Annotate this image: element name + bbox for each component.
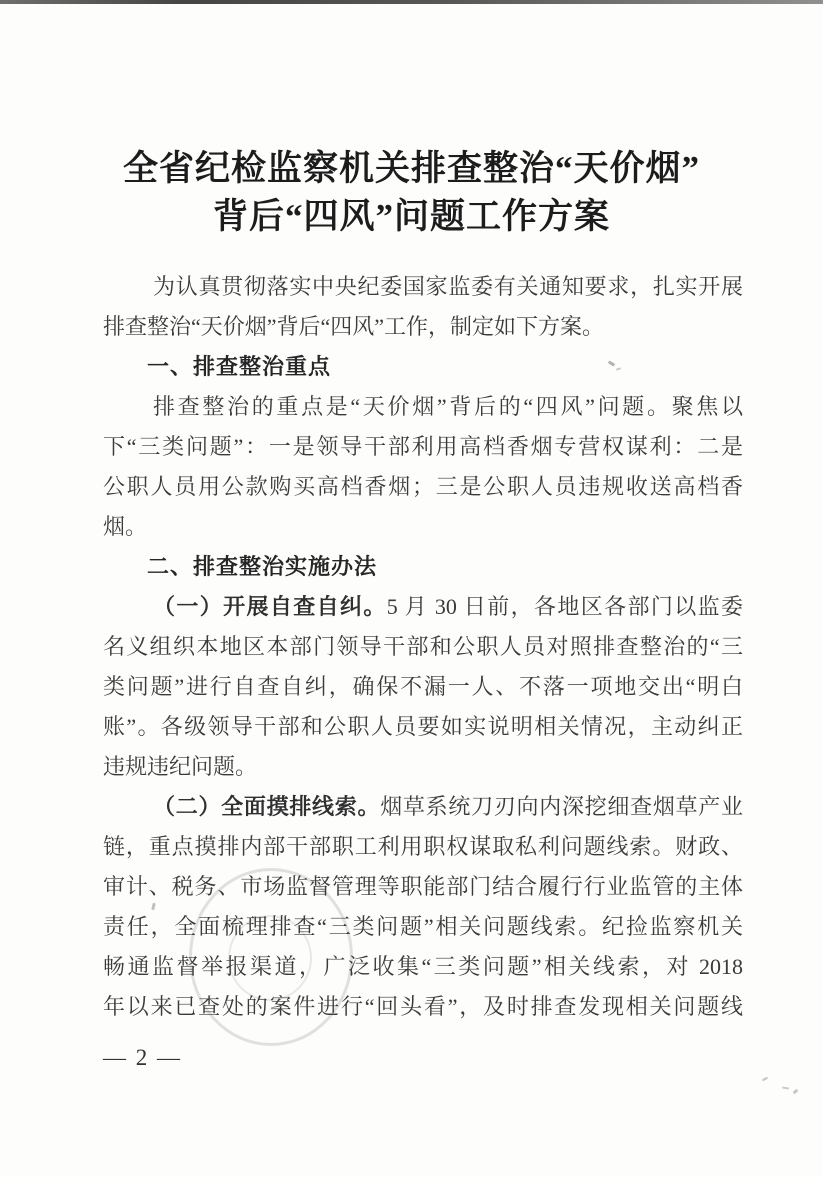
line-text: 畅通监督举报渠道，广泛收集“三类问题”相关线索，对 2018 (103, 954, 743, 979)
text-line: 畅通监督举报渠道，广泛收集“三类问题”相关线索，对 2018 (103, 947, 743, 987)
paragraph-lead: （一）开展自查自纠。 (153, 594, 387, 619)
line-text: 排查整治的重点是“天价烟”背后的“四风”问题。聚焦以 (153, 394, 743, 419)
document-title: 全省纪检监察机关排查整治“天价烟” 背后“四风”问题工作方案 (0, 145, 823, 241)
document-body: 为认真贯彻落实中央纪委国家监委有关通知要求，扎实开展排查整治“天价烟”背后“四风… (103, 267, 743, 1027)
text-line: 责任，全面梳理排查“三类问题”相关问题线索。纪捡监察机关 (103, 907, 743, 947)
text-line: 排查整治的重点是“天价烟”背后的“四风”问题。聚焦以 (103, 387, 743, 427)
line-text: 排查整治“天价烟”背后“四风”工作，制定如下方案。 (103, 314, 604, 339)
line-text: 5 月 30 日前，各地区各部门以监委 (387, 594, 743, 619)
line-text: 类问题”进行自查自纠，确保不漏一人、不落一项地交出“明白 (103, 674, 743, 699)
line-text: 责任，全面梳理排查“三类问题”相关问题线索。纪捡监察机关 (103, 914, 743, 939)
text-line: 公职人员用公款购买高档香烟；三是公职人员违规收送高档香 (103, 467, 743, 507)
line-text: 烟。 (103, 514, 147, 539)
line-text: 烟草系统刀刃向内深挖细查烟草产业 (380, 794, 743, 819)
line-text: 年以来已查处的案件进行“回头看”，及时排查发现相关问题线 (103, 994, 743, 1019)
section-heading: 二、排查整治实施办法 (103, 547, 743, 587)
scan-speck (762, 1077, 768, 1082)
text-line: 下“三类问题”：一是领导干部利用高档香烟专营权谋利：二是 (103, 427, 743, 467)
line-text: 账”。各级领导干部和公职人员要如实说明相关情况，主动纠正 (103, 714, 743, 739)
scan-speck (793, 1089, 799, 1095)
text-line: 为认真贯彻落实中央纪委国家监委有关通知要求，扎实开展 (103, 267, 743, 307)
line-text: 链，重点摸排内部干部职工利用职权谋取私利问题线索。财政、 (103, 834, 743, 859)
page-number: — 2 — (103, 1044, 182, 1072)
line-text: 公职人员用公款购买高档香烟；三是公职人员违规收送高档香 (103, 474, 743, 499)
text-line: 类问题”进行自查自纠，确保不漏一人、不落一项地交出“明白 (103, 667, 743, 707)
scan-speck (782, 1087, 789, 1090)
line-text: 为认真贯彻落实中央纪委国家监委有关通知要求，扎实开展 (153, 274, 743, 299)
line-text: 二、排查整治实施办法 (147, 554, 377, 579)
scanner-edge-band (0, 0, 823, 4)
text-line: （一）开展自查自纠。5 月 30 日前，各地区各部门以监委 (103, 587, 743, 627)
line-text: 一、排查整治重点 (147, 354, 331, 379)
text-line: 审计、税务、市场监督管理等职能部门结合履行行业监管的主体 (103, 867, 743, 907)
line-text: 违规违纪问题。 (103, 754, 257, 779)
document-title-line2: 背后“四风”问题工作方案 (0, 193, 823, 241)
line-text: 审计、税务、市场监督管理等职能部门结合履行行业监管的主体 (103, 874, 743, 899)
line-text: 下“三类问题”：一是领导干部利用高档香烟专营权谋利：二是 (103, 434, 743, 459)
text-line: 排查整治“天价烟”背后“四风”工作，制定如下方案。 (103, 307, 743, 347)
section-heading: 一、排查整治重点 (103, 347, 743, 387)
text-line: 名义组织本地区本部门领导干部和公职人员对照排查整治的“三 (103, 627, 743, 667)
text-line: 违规违纪问题。 (103, 747, 743, 787)
paragraph-lead: （二）全面摸排线索。 (153, 794, 380, 819)
text-line: 烟。 (103, 507, 743, 547)
text-line: 账”。各级领导干部和公职人员要如实说明相关情况，主动纠正 (103, 707, 743, 747)
text-line: 年以来已查处的案件进行“回头看”，及时排查发现相关问题线 (103, 987, 743, 1027)
document-title-line1: 全省纪检监察机关排查整治“天价烟” (0, 145, 823, 193)
text-line: （二）全面摸排线索。烟草系统刀刃向内深挖细查烟草产业 (103, 787, 743, 827)
text-line: 链，重点摸排内部干部职工利用职权谋取私利问题线索。财政、 (103, 827, 743, 867)
line-text: 名义组织本地区本部门领导干部和公职人员对照排查整治的“三 (103, 634, 743, 659)
scanned-document-page: 全省纪检监察机关排查整治“天价烟” 背后“四风”问题工作方案 为认真贯彻落实中央… (0, 0, 823, 1177)
